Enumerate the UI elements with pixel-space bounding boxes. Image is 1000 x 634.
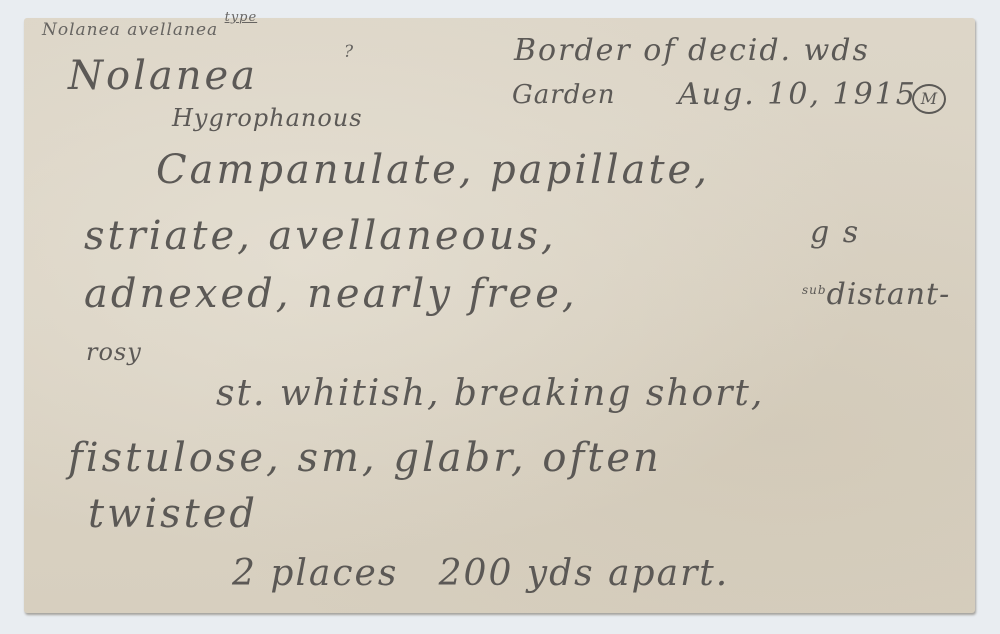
description-line-4: rosy: [86, 340, 142, 364]
annotation-name: Nolanea avellanea: [42, 20, 218, 40]
description-line-6: fistulose, sm, glabr, often: [68, 438, 662, 478]
herbarium-card: Nolanea avellanea type ? Nolanea Hygroph…: [24, 18, 975, 613]
habitat-text: Border of decid. wds: [514, 36, 870, 66]
description-line-3: adnexed, nearly free,: [84, 274, 578, 314]
description-line-7: twisted: [88, 494, 258, 534]
annotation-type-note: type: [225, 10, 258, 25]
annotation-query-mark: ?: [344, 44, 354, 61]
collection-date: Aug. 10, 1915: [678, 80, 917, 110]
description-line-2: striate, avellaneous,: [84, 216, 557, 256]
collector-mark: M: [912, 84, 946, 114]
sub-distant-note: subdistant-: [802, 280, 950, 310]
description-line-5: st. whitish, breaking short,: [216, 376, 764, 412]
genus-name: Nolanea: [68, 56, 258, 96]
description-line-8: 2 places 200 yds apart.: [232, 556, 729, 592]
distant-text: distant-: [827, 277, 951, 312]
circled-m-icon: M: [912, 84, 946, 114]
gs-note: g s: [810, 218, 860, 248]
annotation-species-name: Nolanea avellanea type: [42, 22, 257, 39]
sub-note: sub: [802, 283, 827, 297]
location-text: Garden: [512, 82, 615, 108]
descriptor-hygrophanous: Hygrophanous: [172, 106, 363, 130]
description-line-1: Campanulate, papillate,: [156, 150, 710, 190]
